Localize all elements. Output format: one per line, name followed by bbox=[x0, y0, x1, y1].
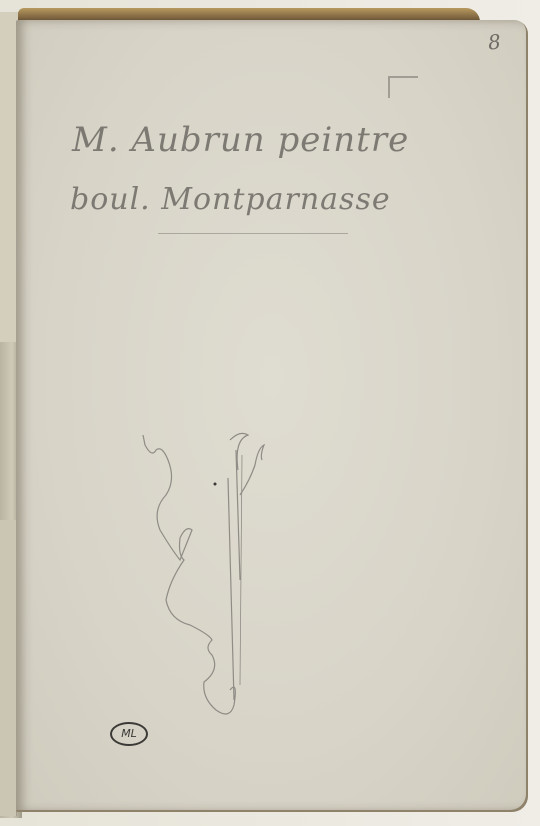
handwritten-line-name: M. Aubrun peintre bbox=[72, 120, 409, 160]
page-number: 8 bbox=[487, 29, 502, 54]
previous-page-edge-lower bbox=[0, 520, 17, 816]
handwritten-line-address: boul. Montparnasse bbox=[70, 182, 391, 217]
pencil-sketch bbox=[130, 420, 280, 720]
pencil-mark bbox=[388, 76, 418, 98]
library-stamp: ML bbox=[110, 722, 148, 746]
pencil-underline bbox=[158, 233, 348, 234]
